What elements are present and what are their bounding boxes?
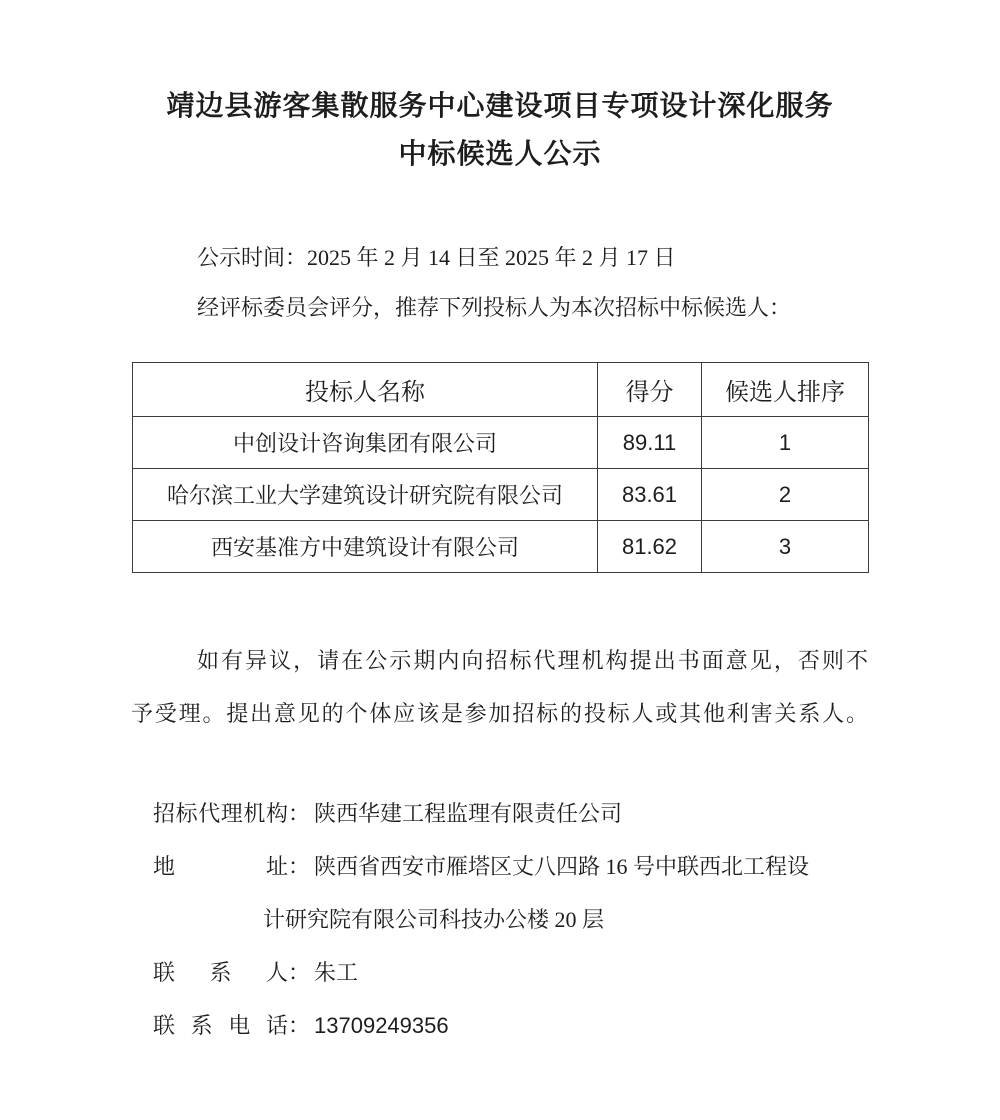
score-cell: 83.61 [598,469,702,521]
colon-separator: ： [288,854,310,879]
col-header-rank: 候选人排序 [702,363,869,417]
agency-label: 招标代理机构 [153,787,288,840]
colon-separator: ： [288,1013,310,1038]
address-value-line-2: 计研究院有限公司科技办公楼 20 层 [263,907,604,932]
bidder-name-cell: 哈尔滨工业大学建筑设计研究院有限公司 [133,469,598,521]
doc-title-line-2: 中标候选人公示 [0,135,1000,175]
address-value-line-1: 陕西省西安市雁塔区丈八四路 16 号中联西北工程设 [314,854,809,879]
contact-person-row: 联系人：朱工 [153,946,809,999]
objection-line-1: 如有异议，请在公示期内向招标代理机构提出书面意见，否则不 [131,634,868,687]
table-row: 中创设计咨询集团有限公司 89.11 1 [133,417,869,469]
table-row: 哈尔滨工业大学建筑设计研究院有限公司 83.61 2 [133,469,869,521]
bidder-name-cell: 西安基准方中建筑设计有限公司 [133,521,598,573]
contact-block: 招标代理机构：陕西华建工程监理有限责任公司 地址：陕西省西安市雁塔区丈八四路 1… [153,787,809,1052]
contact-person-value: 朱工 [314,960,358,985]
table-row: 西安基准方中建筑设计有限公司 81.62 3 [133,521,869,573]
publicity-period-line: 公示时间：2025 年 2 月 14 日至 2025 年 2 月 17 日 [197,243,676,273]
objection-line-2: 予受理。提出意见的个体应该是参加招标的投标人或其他利害关系人。 [131,687,868,740]
candidates-table: 投标人名称 得分 候选人排序 中创设计咨询集团有限公司 89.11 1 哈尔滨工… [132,362,869,573]
address-row: 地址：陕西省西安市雁塔区丈八四路 16 号中联西北工程设 [153,840,809,893]
phone-value: 13709249356 [314,1013,449,1038]
colon-separator: ： [288,801,310,826]
rank-cell: 2 [702,469,869,521]
phone-label: 联系电话 [153,999,288,1052]
score-cell: 89.11 [598,417,702,469]
col-header-score: 得分 [598,363,702,417]
contact-person-label: 联系人 [153,946,288,999]
notice-document-page: 靖边县游客集散服务中心建设项目专项设计深化服务 中标候选人公示 公示时间：202… [0,0,1000,1120]
bidder-name-cell: 中创设计咨询集团有限公司 [133,417,598,469]
address-label: 地址 [153,840,288,893]
rank-cell: 1 [702,417,869,469]
table-header-row: 投标人名称 得分 候选人排序 [133,363,869,417]
col-header-bidder-name: 投标人名称 [133,363,598,417]
address-row-wrap: 计研究院有限公司科技办公楼 20 层 [153,893,809,946]
rank-cell: 3 [702,521,869,573]
agency-value: 陕西华建工程监理有限责任公司 [314,801,622,826]
score-cell: 81.62 [598,521,702,573]
evaluation-note-line: 经评标委员会评分，推荐下列投标人为本次招标中标候选人： [197,293,791,323]
objection-paragraph: 如有异议，请在公示期内向招标代理机构提出书面意见，否则不 予受理。提出意见的个体… [131,634,868,740]
colon-separator: ： [288,960,310,985]
doc-title-line-1: 靖边县游客集散服务中心建设项目专项设计深化服务 [0,87,1000,127]
agency-row: 招标代理机构：陕西华建工程监理有限责任公司 [153,787,809,840]
phone-row: 联系电话：13709249356 [153,999,809,1052]
